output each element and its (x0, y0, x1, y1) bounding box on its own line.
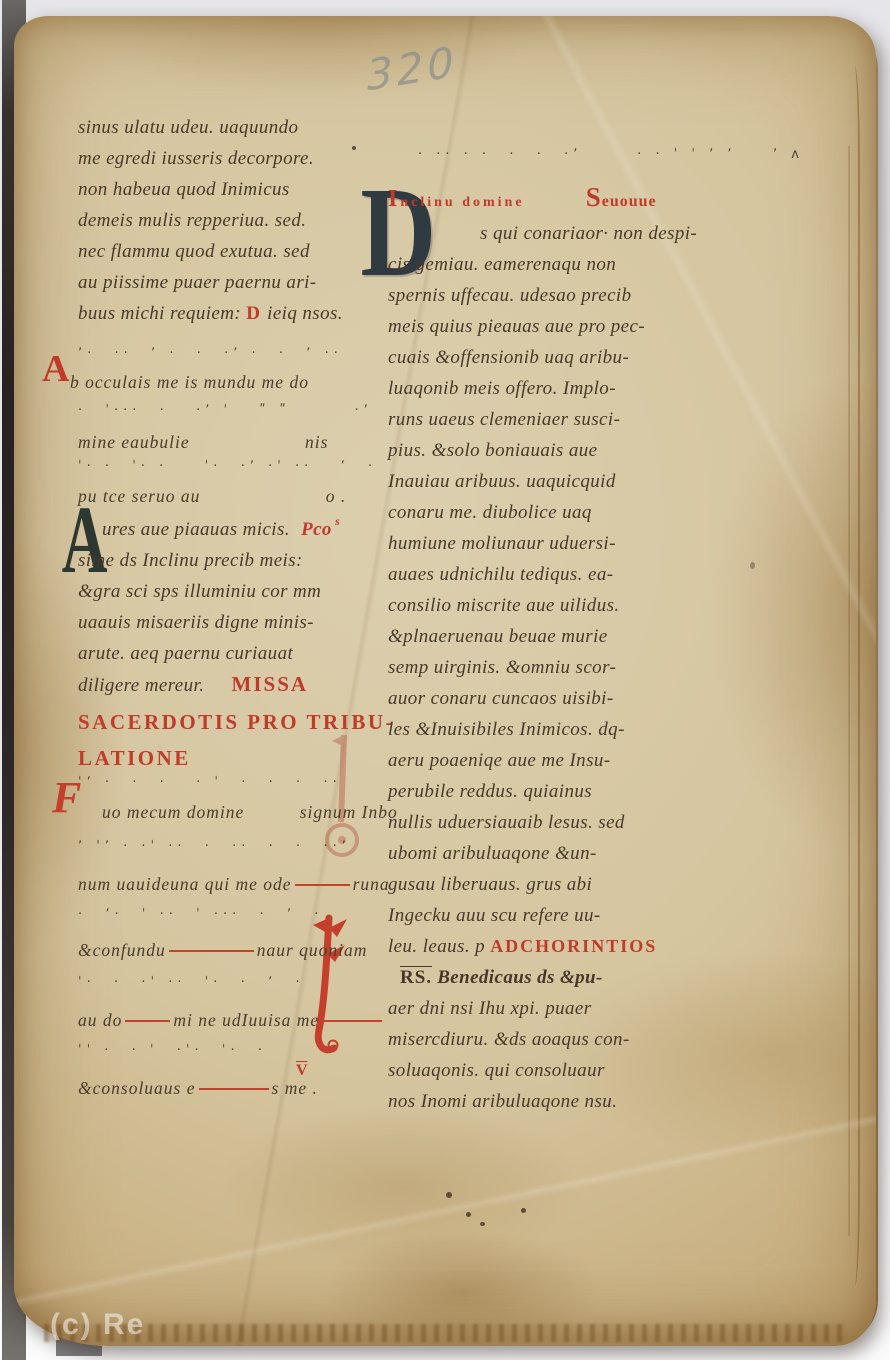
rubricated-letter: D (246, 303, 262, 324)
text-line: nullis uduersiauaib lesus. sed (388, 807, 752, 838)
ink-speck (446, 1192, 452, 1198)
text-line: sinus ulatu udeu. uaquundo (78, 112, 380, 143)
text-segment: buus michi requiem: (78, 303, 241, 324)
rubric-missa: MISSA (232, 672, 309, 696)
text-line: nec flammu quod exutua. sed (78, 236, 380, 267)
text-line: Ingecku auu scu refere uu- (388, 900, 752, 931)
rubric-title-line: LATIONE (78, 740, 410, 776)
text-segment: leu. leaus. p (388, 936, 485, 957)
chant-syllables: pu tce seruo au (78, 486, 200, 506)
text-segment: ieiq nsos. (267, 303, 343, 324)
text-line: buus michi requiem: D ieiq nsos. (78, 298, 380, 329)
text-line: spernis uffecau. udesao precib (388, 280, 752, 311)
text-line: meis quius pieauas aue pro pec- (388, 311, 752, 342)
rubric-title-line: SACERDOTIS PRO TRIBU- (78, 704, 410, 740)
chant-syllables: &consoluaus e (78, 1078, 196, 1098)
chant-syllables: o . (326, 484, 347, 508)
rubric-ad-chorintios: ADCHORINTIOS (490, 936, 657, 956)
text-line: &plnaeruenau beuae murie (388, 621, 752, 652)
text-line: aeru poaeniqe aue me Insu- (388, 745, 752, 776)
chant-syllables: au do (78, 1010, 122, 1030)
text-line: misercdiuru. &ds aoaqus con- (388, 1024, 752, 1055)
text-line: aer dni nsi Ihu xpi. puaer (388, 993, 752, 1024)
text-line: cis gemiau. eamerenaqu non (388, 249, 752, 280)
neume-row: · ʼ· ˈ ·· ˈ ··· · ʼ · (78, 906, 410, 924)
initial-A-ab-occultis: A (42, 350, 71, 388)
text-line: pius. &solo boniauais aue (388, 435, 752, 466)
chant-syllables: runa (353, 874, 390, 894)
neume-row: ˈ· · ˈ· · ˈ· ·ʼ ·ˈ ·· ʼ · (78, 458, 410, 476)
text-line: consilio miscrite aue uilidus. (388, 590, 752, 621)
melisma-extension-line (199, 1088, 269, 1090)
text-segment: diligere mereur. (78, 675, 204, 696)
copyright-watermark: (c) Re (50, 1308, 145, 1342)
text-line: ubomi aribuluaqone &un- (388, 838, 752, 869)
text-line: ures aue piaauas micis. Pco s (78, 514, 410, 545)
manuscript-photo: 320 D A A F V sinus ulatu (0, 0, 890, 1360)
text-line: Inauiau aribuus. uaquicquid (388, 466, 752, 497)
chant-text-line: &confundunaur quoniam (78, 938, 410, 962)
pencil-folio-number: 320 (365, 37, 459, 101)
text-line: cuais &offensionib uaq aribu- (388, 342, 752, 373)
neume-row: · ˈ··· · ·ʼ ˈ ʺ ʺ ·ʼ (78, 402, 410, 420)
neume-row: ʼ· ·· ʼ · · ·ʼ · · ʼ ·· (78, 345, 410, 363)
neume-row: · ·· · · · · ·ʼ · · ˈ ˈ ʼ ʼ ʼ ʌ (418, 146, 752, 164)
parchment-page: 320 D A A F V sinus ulatu (14, 16, 876, 1346)
text-line: les &Inuisibiles Inimicos. dq- (388, 714, 752, 745)
text-line: demeis mulis repperiua. sed. (78, 205, 380, 236)
chant-text-line: uo mecum domine signum Inbo (78, 800, 410, 824)
chant-text-line: &consoluaus es me . (78, 1076, 410, 1100)
rubric-abbreviation: Pco s (301, 519, 332, 540)
chant-syllables: mi ne udIuuisa me (173, 1010, 319, 1030)
text-line: soluaqonis. qui consoluaur (388, 1055, 752, 1086)
text-line: runs uaeus clemeniaer susci- (388, 404, 752, 435)
text-line: luaqonib meis offero. Implo- (388, 373, 752, 404)
superscript-letter: s (311, 506, 340, 537)
text-line: sime ds Inclinu precib meis: (78, 545, 410, 576)
collect-prayer: ures aue piaauas micis. Pco s sime ds In… (78, 514, 410, 701)
text-line: leu. leaus. p ADCHORINTIOS (388, 931, 752, 962)
left-text-column: sinus ulatu udeu. uaquundo me egredi ius… (78, 112, 380, 329)
text-line: non habeua quod Inimicus (78, 174, 380, 205)
neume-row: ˈʼ · · · · ˈ · · · ·· (78, 774, 410, 792)
text-line: uaauis misaeriis digne minis- (78, 607, 410, 638)
rubric-inclina-domine: Inclinu domine (388, 186, 525, 213)
text-line: au piissime puaer paernu ari- (78, 267, 380, 298)
melisma-extension-line (322, 1020, 382, 1022)
chant-text-line: pu tce seruo au o . (78, 484, 410, 508)
chant-syllables: nis (305, 430, 328, 454)
text-line: perubile reddus. quiainus (388, 776, 752, 807)
text-line: nos Inomi aribuluaqone nsu. (388, 1086, 752, 1117)
text-line: semp uirginis. &omniu scor- (388, 652, 752, 683)
chant-syllables: naur quoniam (257, 940, 368, 960)
fratres-abbreviation: RS. (400, 967, 432, 988)
text-line: RS. Benedicaus ds &pu- (388, 962, 752, 993)
text-line: auaes udnichilu tediqus. ea- (388, 559, 752, 590)
neume-row: ˈ· · ·ˈ ·· ˈ· · ʼ · (78, 974, 410, 992)
chant-syllables: signum Inbo (276, 800, 398, 824)
ink-speck (480, 1222, 485, 1226)
text-line: me egredi iusseris decorpore. (78, 143, 380, 174)
chant-text-line: num uauideuna qui me oderuna (78, 872, 410, 896)
rubric-line: Inclinu domine Seuouue (388, 182, 752, 216)
text-line: arute. aeq paernu curiauat (78, 638, 410, 669)
text-line: gusau liberuaus. grus abi (388, 869, 752, 900)
ink-speck (466, 1212, 471, 1217)
chant-syllables: &confundu (78, 940, 166, 960)
text-line: s qui conariaor· non despi- (388, 218, 752, 249)
text-line: humiune moliunaur uduersi- (388, 528, 752, 559)
text-segment: ures aue piaauas micis. (102, 519, 290, 540)
chant-syllables: uo mecum domine (102, 802, 244, 822)
neume-row: ʼ ˈʼ · ·ˈ ·· · ·· · · ··ʼ (78, 838, 410, 856)
text-line: auor conaru cuncaos uisibi- (388, 683, 752, 714)
initial-F-fac-mecum: F (52, 776, 81, 820)
euouae-differentia: Seuouue (586, 182, 657, 213)
soiled-bottom-edge (44, 1324, 846, 1342)
chant-syllables: s me . (272, 1078, 318, 1098)
text-line: conaru me. diubolice uaq (388, 497, 752, 528)
text-line: &gra sci sps illuminiu cor mm (78, 576, 410, 607)
melisma-extension-line (295, 884, 350, 886)
chant-syllables: num uauideuna qui me ode (78, 874, 292, 894)
chant-syllables: mine eaubulie (78, 432, 190, 452)
page-edge-line (842, 146, 850, 1236)
neume-row: ˈˈ · · ˈ ·ˈ· ˈ· · (78, 1042, 410, 1060)
text-line: diligere mereur. MISSA (78, 669, 410, 701)
prayer-text: s qui conariaor· non despi- cis gemiau. … (388, 218, 752, 1117)
ink-speck (521, 1208, 526, 1213)
chant-text-line: au domi ne udIuuisa me (78, 1008, 410, 1032)
melisma-extension-line (125, 1020, 170, 1022)
text-segment: Benedicaus ds &pu- (437, 967, 603, 988)
melisma-extension-line (169, 950, 254, 952)
chant-text-line: b occulais me is mundu me do (70, 370, 410, 394)
chant-text-line: mine eaubulie nis (78, 430, 410, 454)
